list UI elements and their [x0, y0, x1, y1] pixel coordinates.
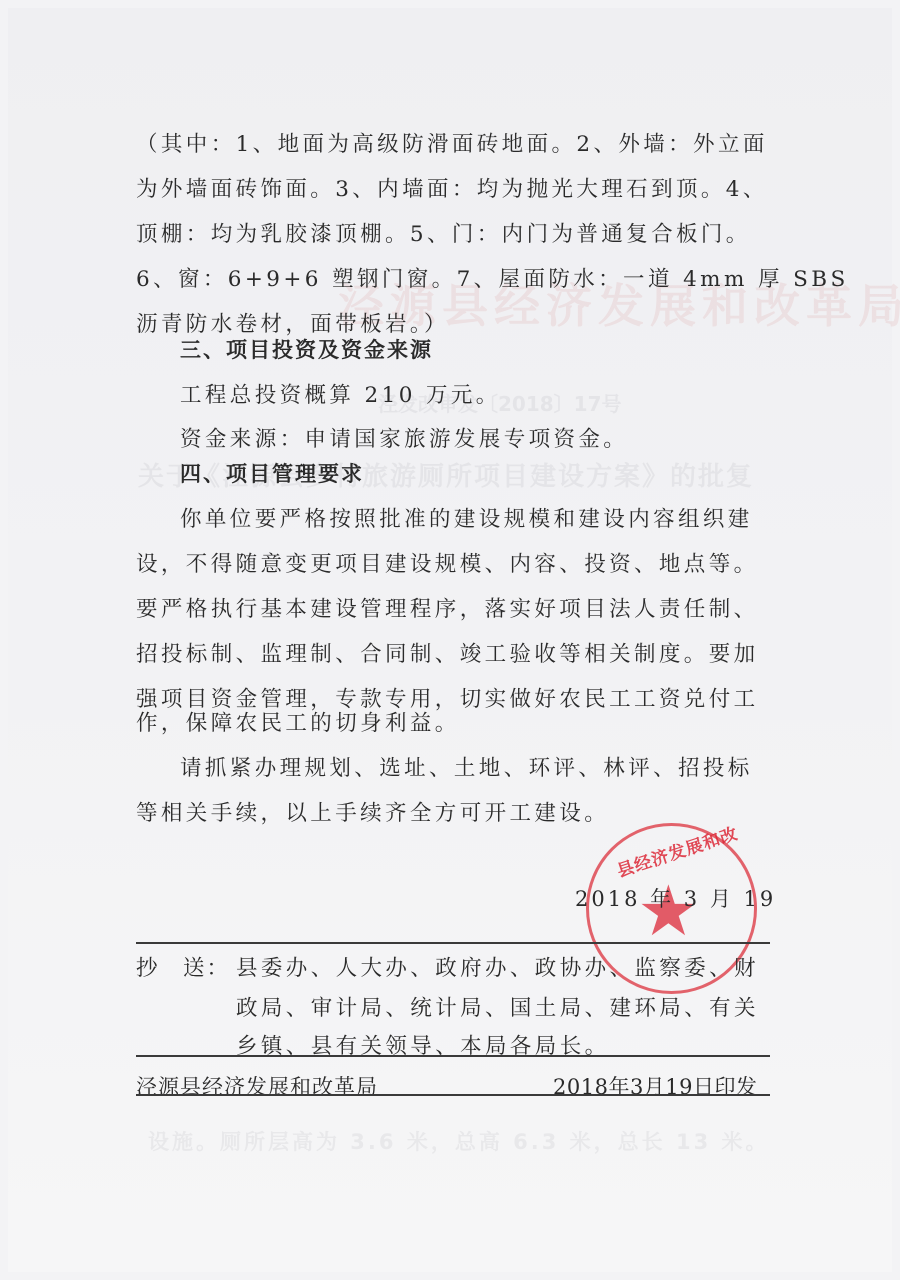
cc-recipients-line: 县委办、人大办、政府办、政协办、监察委、财 [236, 958, 759, 980]
investment-total: 工程总投资概算 210 万元。 [180, 385, 501, 407]
signature-date: 2018 年 3 月 19 [575, 883, 776, 913]
management-line: 设，不得随意变更项目建设规模、内容、投资、地点等。 [136, 554, 759, 576]
body-line: 6、窗：6+9+6 塑钢门窗。7、屋面防水：一道 4mm 厚 SBS [136, 269, 849, 291]
management-line: 你单位要严格按照批准的建设规模和建设内容组织建 [180, 509, 753, 531]
funding-source: 资金来源：申请国家旅游发展专项资金。 [180, 429, 628, 451]
body-line: 沥青防水卷材，面带板岩。） [136, 314, 449, 336]
body-line: 为外墙面砖饰面。3、内墙面：均为抛光大理石到顶。4、 [136, 179, 768, 201]
procedures-line: 等相关手续，以上手续齐全方可开工建设。 [136, 803, 609, 825]
cc-recipients-line: 政局、审计局、统计局、国土局、建环局、有关 [236, 998, 759, 1020]
body-line: 顶棚：均为乳胶漆顶棚。5、门：内门为普通复合板门。 [136, 224, 751, 246]
divider-rule [136, 1055, 770, 1057]
section-heading-management: 四、项目管理要求 [180, 464, 364, 485]
section-heading-investment: 三、项目投资及资金来源 [180, 340, 433, 361]
management-line: 作，保障农民工的切身利益。 [136, 713, 460, 735]
bleed-through-last-line: 设施。厕所层高为 3.6 米，总高 6.3 米，总长 13 米。 [148, 1126, 770, 1156]
body-line: （其中：1、地面为高级防滑面砖地面。2、外墙：外立面 [136, 134, 768, 156]
management-line: 要严格执行基本建设管理程序，落实好项目法人责任制、 [136, 599, 759, 621]
cc-label: 抄 送： [136, 958, 230, 980]
management-line: 强项目资金管理，专款专用，切实做好农民工工资兑付工 [136, 689, 759, 711]
issue-date: 2018年3月19日印发 [553, 1071, 758, 1101]
issuing-agency: 泾源县经济发展和改革局 [136, 1071, 378, 1101]
management-line: 招投标制、监理制、合同制、竣工验收等相关制度。要加 [136, 644, 759, 666]
divider-rule [136, 1094, 770, 1096]
divider-rule [136, 942, 770, 944]
procedures-line: 请抓紧办理规划、选址、土地、环评、林评、招投标 [180, 758, 753, 780]
document-page: 泾源县经济发展和改革局文件 泾发改审发〔2018〕17号 关于《泾源县乡村旅游厕… [8, 8, 892, 1272]
